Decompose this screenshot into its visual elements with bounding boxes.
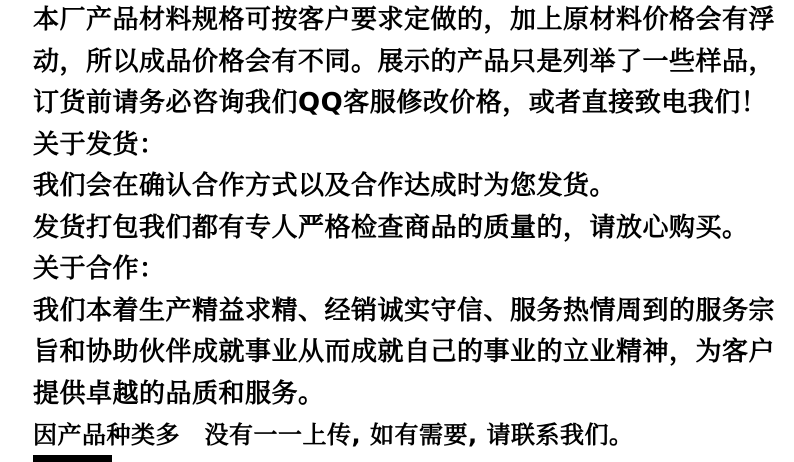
shipping-line-2: 发货打包我们都有专人严格检查商品的质量的，请放心购买。 [33, 208, 794, 250]
shipping-section-heading: 关于发货： [33, 125, 794, 167]
pricing-notice-line-2: 动，所以成品价格会有不同。展示的产品只是列举了一些样品， [33, 42, 794, 84]
cutoff-next-section-fragment [33, 455, 112, 462]
shipping-line-1: 我们会在确认合作方式以及合作达成时为您发货。 [33, 166, 794, 208]
pricing-notice-line-3: 订货前请务必咨询我们QQ客服修改价格，或者直接致电我们！ [33, 83, 794, 125]
notice-text-block: 本厂产品材料规格可按客户要求定做的，加上原材料价格会有浮 动，所以成品价格会有不… [33, 0, 794, 457]
cooperation-line-1: 我们本着生产精益求精、经销诚实守信、服务热情周到的服务宗 [33, 291, 794, 333]
cooperation-line-2: 旨和协助伙伴成就事业从而成就自己的事业的立业精神，为客户 [33, 332, 794, 374]
cooperation-line-3: 提供卓越的品质和服务。 [33, 374, 794, 416]
cooperation-section-heading: 关于合作： [33, 249, 794, 291]
footer-contact-line: 因产品种类多 没有一一上传, 如有需要, 请联系我们。 [33, 415, 794, 457]
product-notice-page: 本厂产品材料规格可按客户要求定做的，加上原材料价格会有浮 动，所以成品价格会有不… [0, 0, 794, 462]
pricing-notice-line-1: 本厂产品材料规格可按客户要求定做的，加上原材料价格会有浮 [33, 0, 794, 42]
